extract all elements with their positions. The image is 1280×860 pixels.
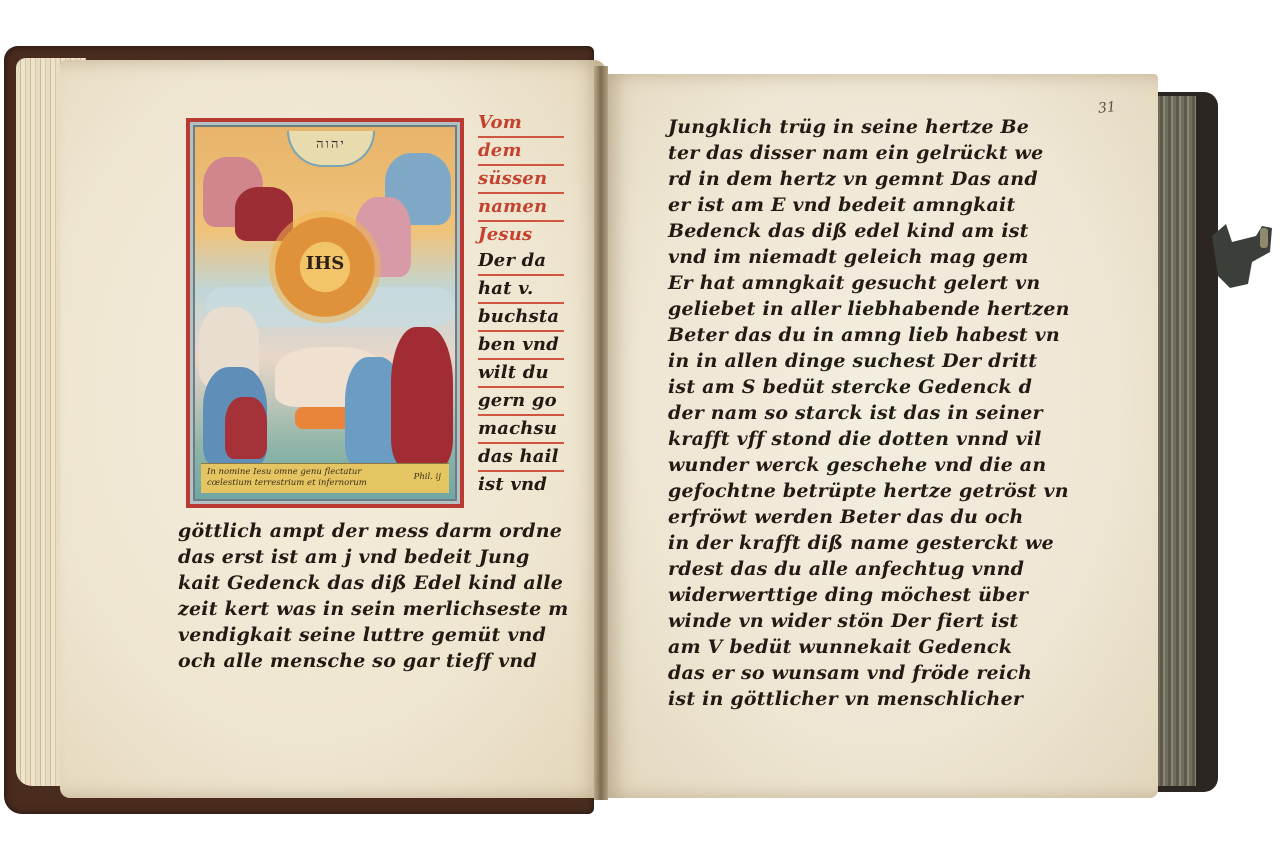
heading-line: Jesus — [478, 222, 564, 248]
text-line: buchsta — [478, 304, 564, 332]
text-line: ter das disser nam ein gelrückt we — [668, 140, 1070, 166]
caption-reference: Phil. ij — [414, 472, 441, 483]
text-line: vnd im niemadt geleich mag gem — [668, 244, 1070, 270]
text-line: widerwerttige ding möchest über — [668, 582, 1070, 608]
text-line: ist vnd — [478, 472, 564, 498]
ihs-monogram: IHS — [275, 253, 375, 274]
text-line: Beter das du in amng lieb habest vn — [668, 322, 1070, 348]
open-book-photo: 31 יהוה IHS In nomine Iesu omne genu fle… — [0, 0, 1280, 860]
text-line: erfröwt werden Beter das du och — [668, 504, 1070, 530]
text-line: göttlich ampt der mess darm ordne — [178, 518, 568, 544]
woodcut-caption: In nomine Iesu omne genu flectatur cœles… — [201, 463, 449, 493]
caption-line: In nomine Iesu omne genu flectatur — [207, 467, 443, 478]
heading-line: dem — [478, 138, 564, 166]
text-line: ist am S bedüt stercke Gedenck d — [668, 374, 1070, 400]
text-line: zeit kert was in sein merlichseste m — [178, 596, 568, 622]
gutter — [594, 66, 608, 800]
text-line: kait Gedenck das diß Edel kind alle — [178, 570, 568, 596]
text-line: vendigkait seine luttre gemüt vnd — [178, 622, 568, 648]
text-line: er ist am E vnd bedeit amngkait — [668, 192, 1070, 218]
side-column: Der da hat v. buchsta ben vnd wilt du ge… — [478, 248, 564, 498]
text-line: Der da — [478, 248, 564, 276]
heading-column: Vom dem süssen namen Jesus — [478, 110, 564, 248]
text-line: machsu — [478, 416, 564, 444]
folio-number: 31 — [1097, 99, 1116, 117]
heading-line: namen — [478, 194, 564, 222]
text-line: geliebet in aller liebhabende hertzen — [668, 296, 1070, 322]
text-line: winde vn wider stön Der fiert ist — [668, 608, 1070, 634]
text-line: gern go — [478, 388, 564, 416]
text-line: am V bedüt wunnekait Gedenck — [668, 634, 1070, 660]
text-line: rdest das du alle anfechtug vnnd — [668, 556, 1070, 582]
text-line: krafft vff stond die dotten vnnd vil — [668, 426, 1070, 452]
tetragrammaton-arc: יהוה — [287, 131, 375, 167]
clasp-icon — [1212, 222, 1272, 290]
heading-line: süssen — [478, 166, 564, 194]
text-line: in der krafft diß name gesterckt we — [668, 530, 1070, 556]
right-page-body: Jungklich trüg in seine hertze Be ter da… — [668, 114, 1070, 712]
text-line: hat v. — [478, 276, 564, 304]
right-fore-edge — [1152, 96, 1196, 786]
ihs-sun: IHS — [275, 217, 375, 317]
text-line: in in allen dinge suchest Der dritt — [668, 348, 1070, 374]
text-line: Jungklich trüg in seine hertze Be — [668, 114, 1070, 140]
text-line: ben vnd — [478, 332, 564, 360]
text-line: Bedenck das diß edel kind am ist — [668, 218, 1070, 244]
text-line: Er hat amngkait gesucht gelert vn — [668, 270, 1070, 296]
text-line: das hail — [478, 444, 564, 472]
text-line: das er so wunsam vnd fröde reich — [668, 660, 1070, 686]
left-page-body: göttlich ampt der mess darm ordne das er… — [178, 518, 568, 674]
text-line: wunder werck geschehe vnd die an — [668, 452, 1070, 478]
text-line: der nam so starck ist das in seiner — [668, 400, 1070, 426]
text-line: rd in dem hertz vn gemnt Das and — [668, 166, 1070, 192]
text-line: ist in göttlicher vn menschlicher — [668, 686, 1070, 712]
text-line: wilt du — [478, 360, 564, 388]
caption-line: cœlestium terrestrium et infernorum — [207, 478, 443, 489]
text-line: och alle mensche so gar tieff vnd — [178, 648, 568, 674]
text-line: das erst ist am j vnd bedeit Jung — [178, 544, 568, 570]
text-line: gefochtne betrüpte hertze getröst vn — [668, 478, 1070, 504]
tetragrammaton-text: יהוה — [289, 131, 373, 152]
woodcut-illustration: יהוה IHS In nomine Iesu omne genu flecta… — [186, 118, 464, 508]
heading-line: Vom — [478, 110, 564, 138]
